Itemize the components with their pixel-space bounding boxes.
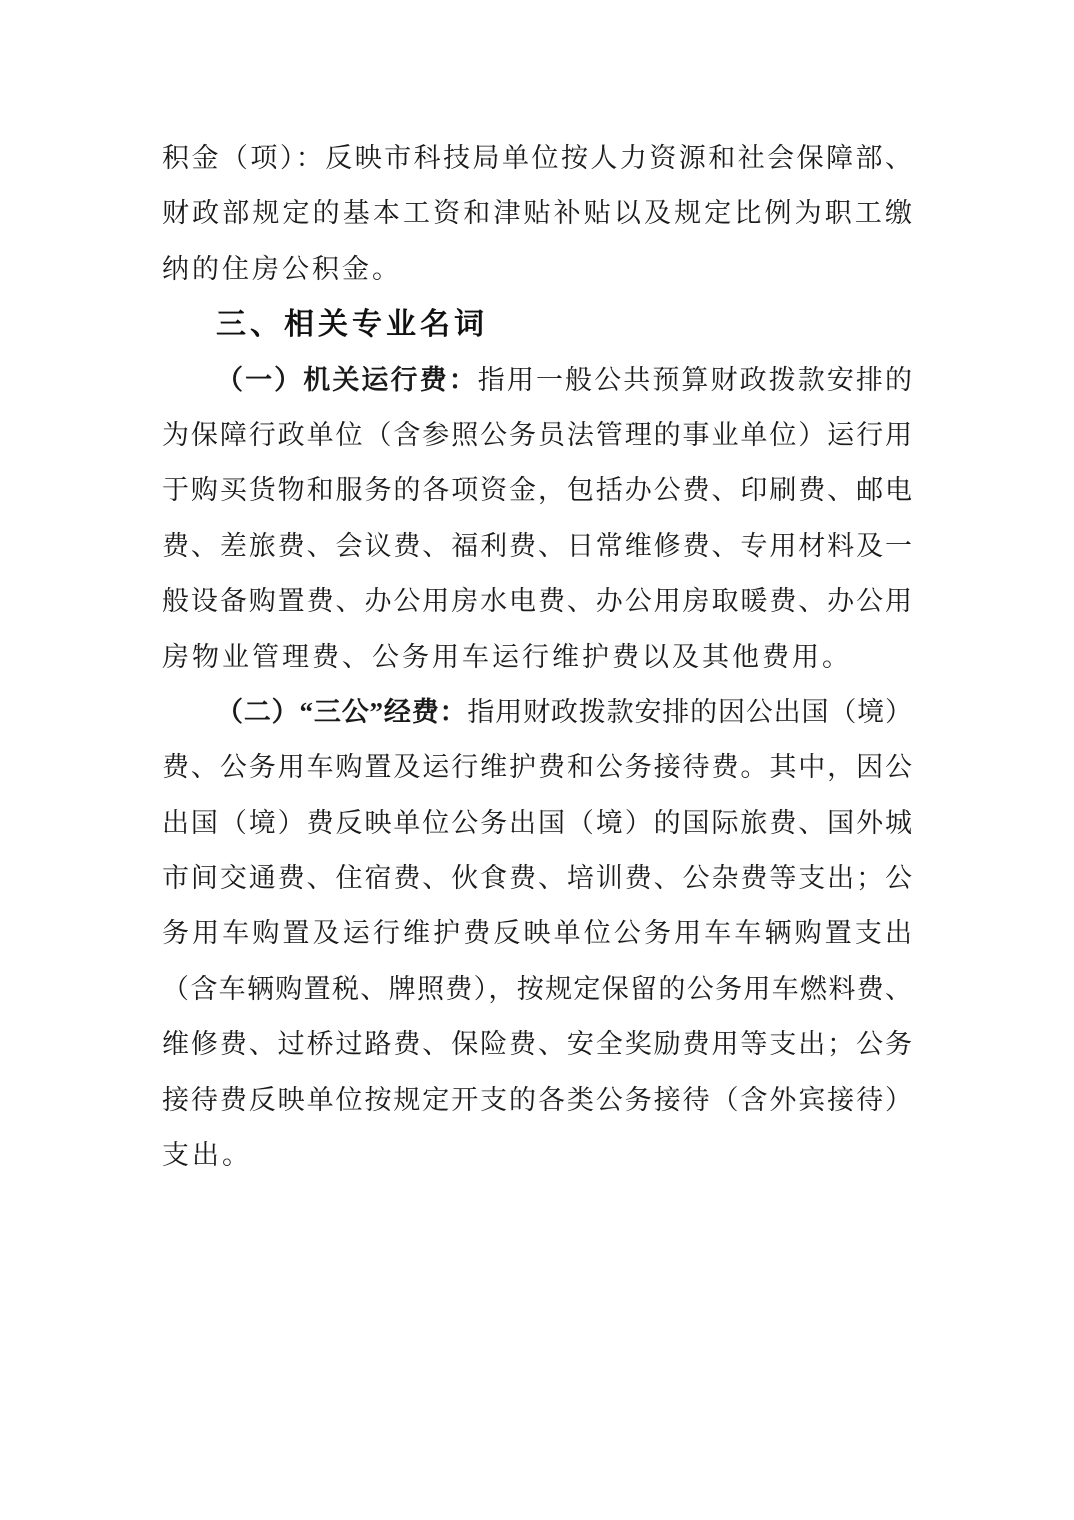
term1-line-1: （一）机关运行费：指用一般公共预算财政拨款安排的 xyxy=(162,353,912,408)
term2-line-1-rest: 指用财政拨款安排的因公出国（境） xyxy=(467,697,912,727)
document-page: 积金（项）：反映市科技局单位按人力资源和社会保障部、 财政部规定的基本工资和津贴… xyxy=(0,0,1074,1520)
term2-line-6: （含车辆购置税、牌照费），按规定保留的公务用车燃料费、 xyxy=(162,962,912,1017)
term1-line-5: 般设备购置费、办公用房水电费、办公用房取暖费、办公用 xyxy=(162,574,912,629)
term2-line-5: 务用车购置及运行维护费反映单位公务用车车辆购置支出 xyxy=(162,906,912,961)
term1-line-4: 费、差旅费、会议费、福利费、日常维修费、专用材料及一 xyxy=(162,519,912,574)
term2-line-7: 维修费、过桥过路费、保险费、安全奖励费用等支出；公务 xyxy=(162,1017,912,1072)
term1-lead: （一）机关运行费： xyxy=(216,365,478,395)
intro-paragraph-line-3: 纳的住房公积金。 xyxy=(162,242,912,297)
term2-line-1: （二）“三公”经费：指用财政拨款安排的因公出国（境） xyxy=(162,685,912,740)
intro-paragraph-line-2: 财政部规定的基本工资和津贴补贴以及规定比例为职工缴 xyxy=(162,186,912,241)
term1-line-6: 房物业管理费、公务用车运行维护费以及其他费用。 xyxy=(162,630,912,685)
term2-line-8: 接待费反映单位按规定开支的各类公务接待（含外宾接待） xyxy=(162,1073,912,1128)
term2-line-4: 市间交通费、住宿费、伙食费、培训费、公杂费等支出；公 xyxy=(162,851,912,906)
term1-line-3: 于购买货物和服务的各项资金，包括办公费、印刷费、邮电 xyxy=(162,463,912,518)
section-heading: 三、相关专业名词 xyxy=(162,297,912,352)
intro-paragraph-line-1: 积金（项）：反映市科技局单位按人力资源和社会保障部、 xyxy=(162,131,912,186)
term2-line-9: 支出。 xyxy=(162,1128,912,1183)
term1-line-2: 为保障行政单位（含参照公务员法管理的事业单位）运行用 xyxy=(162,408,912,463)
term2-line-3: 出国（境）费反映单位公务出国（境）的国际旅费、国外城 xyxy=(162,796,912,851)
term1-line-1-rest: 指用一般公共预算财政拨款安排的 xyxy=(478,365,912,395)
term2-line-2: 费、公务用车购置及运行维护费和公务接待费。其中，因公 xyxy=(162,740,912,795)
term2-lead: （二）“三公”经费： xyxy=(216,697,467,727)
